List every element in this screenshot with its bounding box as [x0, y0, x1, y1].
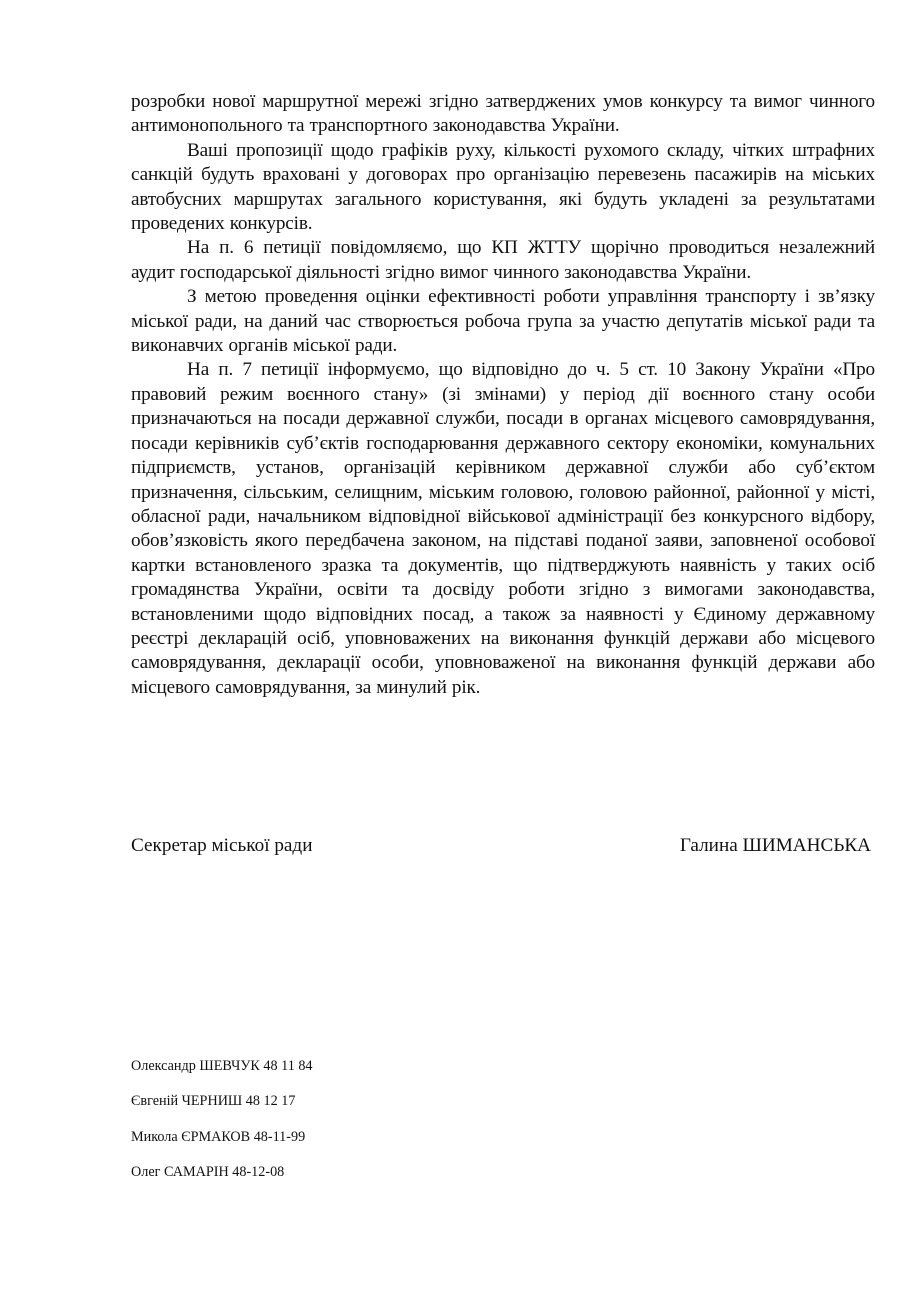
signature-block: Секретар міської ради Галина ШИМАНСЬКА	[131, 834, 871, 858]
contact-item: Олег САМАРІН 48-12-08	[131, 1163, 313, 1181]
document-body: розробки нової маршрутної мережі згідно …	[131, 90, 875, 700]
paragraph-audit: На п. 6 петиції повідомляємо, що КП ЖТТУ…	[131, 236, 875, 285]
paragraph-working-group: З метою проведення оцінки ефективності р…	[131, 285, 875, 358]
signatory-name: Галина ШИМАНСЬКА	[680, 834, 871, 858]
paragraph-route-network: розробки нової маршрутної мережі згідно …	[131, 90, 875, 139]
paragraph-martial-law: На п. 7 петиції інформуємо, що відповідн…	[131, 358, 875, 700]
signatory-position: Секретар міської ради	[131, 834, 312, 858]
contact-item: Євгеній ЧЕРНИШ 48 12 17	[131, 1092, 313, 1110]
contact-item: Олександр ШЕВЧУК 48 11 84	[131, 1057, 313, 1075]
contacts-list: Олександр ШЕВЧУК 48 11 84 Євгеній ЧЕРНИШ…	[131, 1057, 313, 1198]
contact-item: Микола ЄРМАКОВ 48-11-99	[131, 1128, 313, 1146]
paragraph-schedule-proposals: Ваші пропозиції щодо графіків руху, кіль…	[131, 139, 875, 237]
